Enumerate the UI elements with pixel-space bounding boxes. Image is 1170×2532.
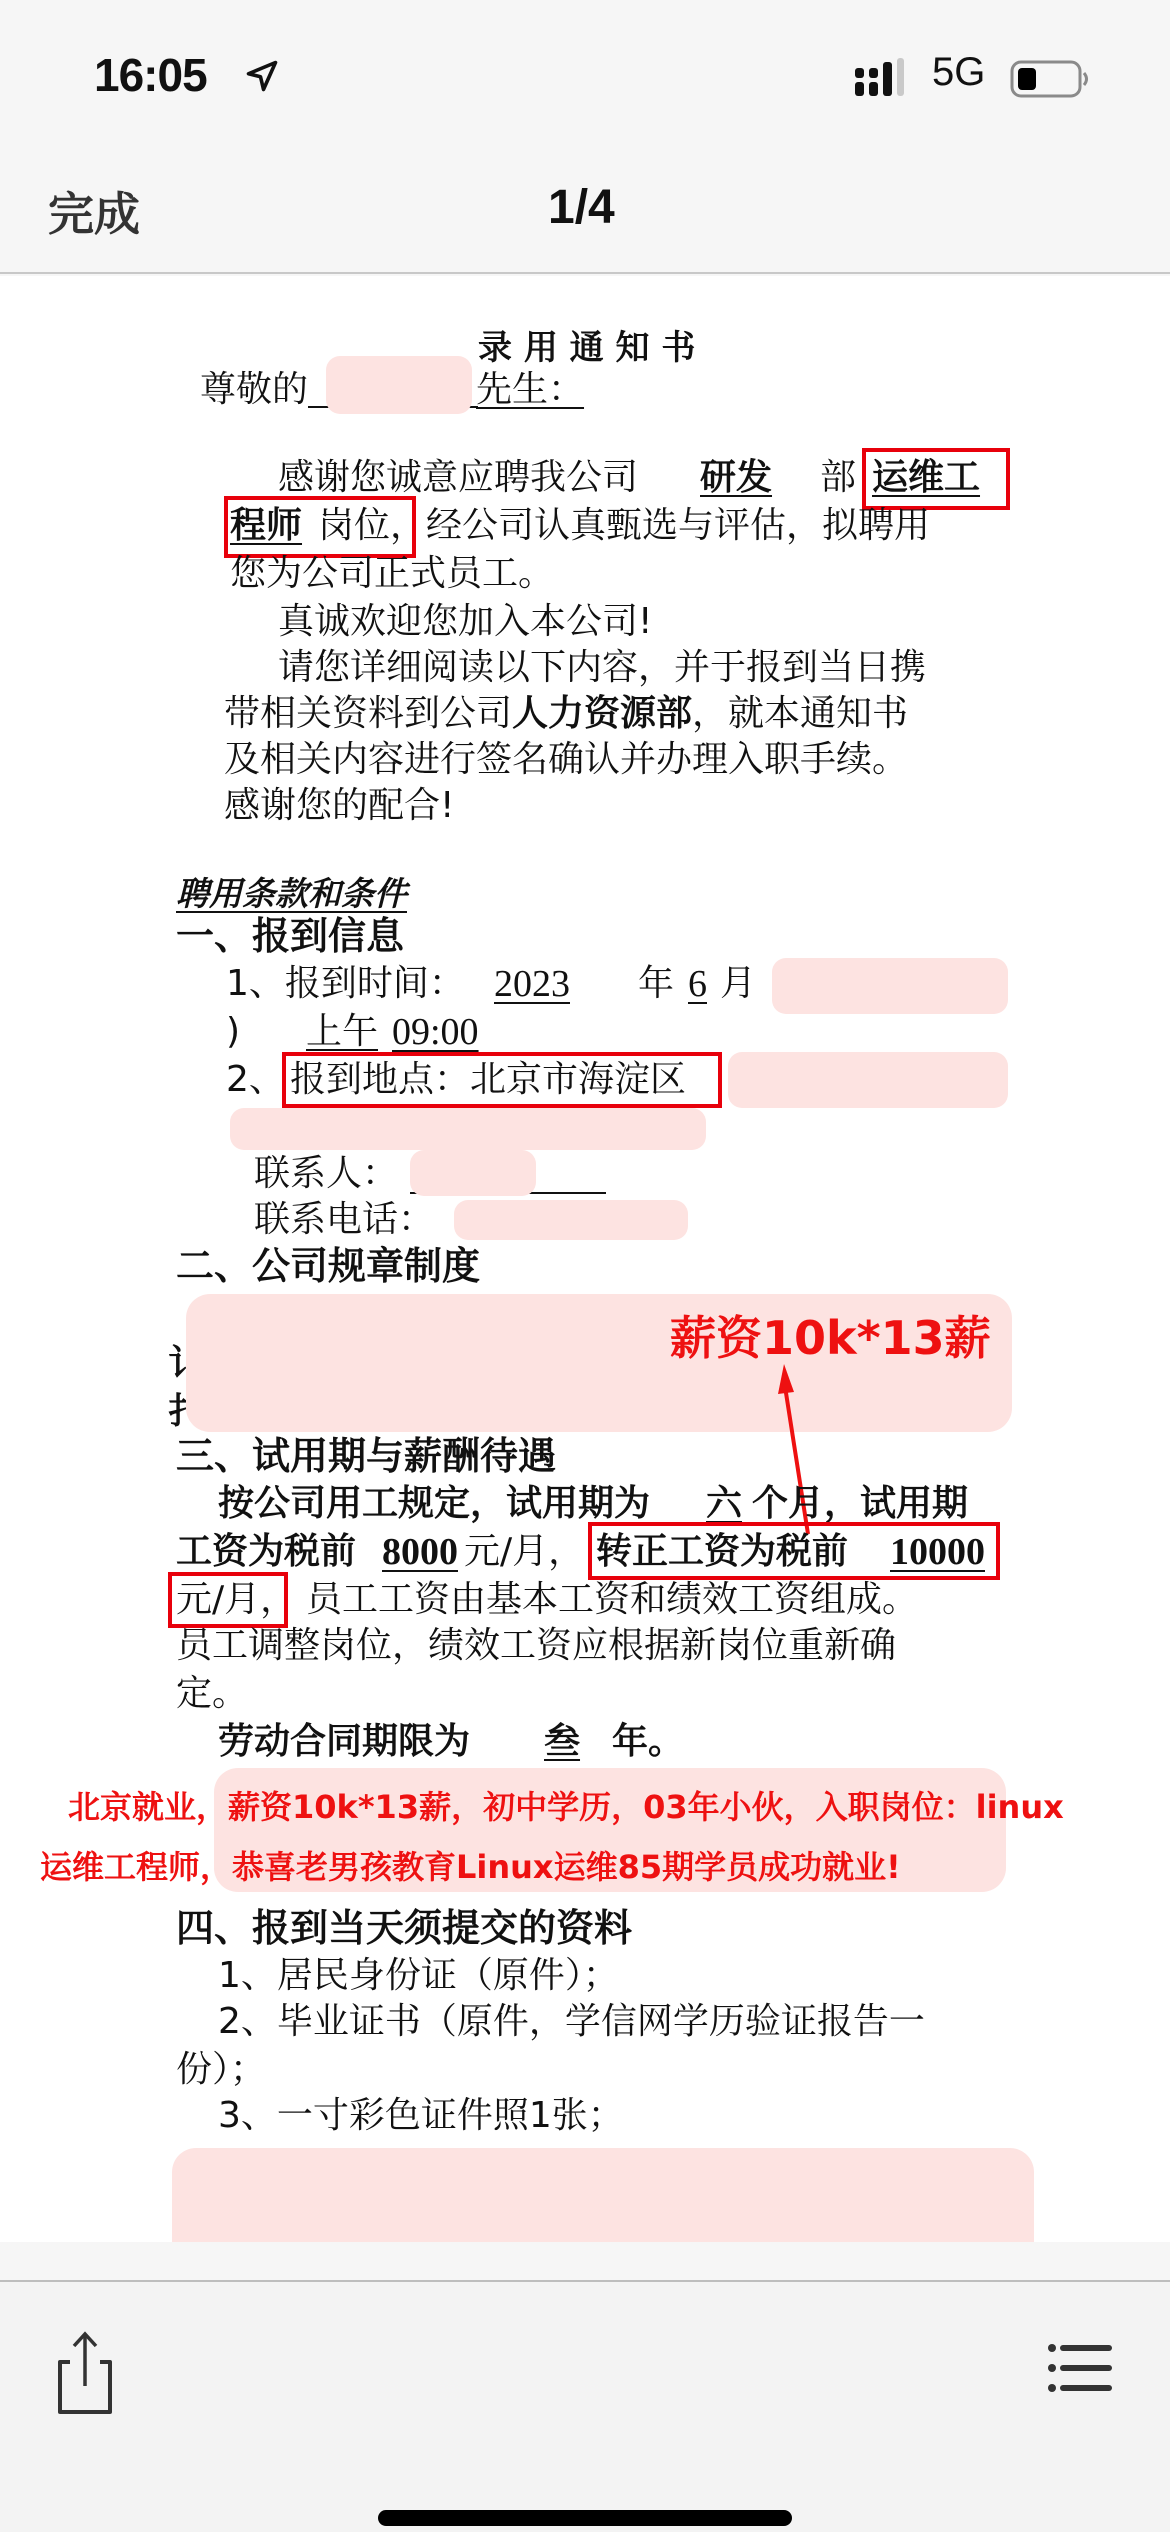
year-unit: 年 [638, 962, 674, 1006]
greeting-prefix: 尊敬的 [200, 368, 308, 412]
page-indicator: 1/4 [548, 180, 615, 235]
report-month: 6 [688, 962, 707, 1006]
s3-line1-prefix: 按公司用工规定，试用期为 [218, 1482, 650, 1526]
bottom-toolbar [0, 2280, 1170, 2532]
redacted-phone [454, 1200, 688, 1240]
report-time-value: 09:00 [392, 1010, 479, 1054]
highlight-box-position-2 [224, 496, 416, 558]
redacted-bottom-section [172, 2148, 1034, 2242]
clock: 16:05 [94, 48, 207, 102]
highlight-box-position-1 [862, 448, 1010, 510]
s3-line1-suffix: 个月，试用期 [752, 1482, 968, 1526]
report-time-paren: ) [226, 1010, 240, 1054]
contact-label: 联系人： [254, 1152, 398, 1196]
redacted-address-2 [230, 1108, 706, 1150]
location-arrow-icon [244, 58, 280, 94]
month-unit: 月 [720, 962, 756, 1006]
department-value: 研发 [700, 456, 772, 500]
section1-heading: 一、报到信息 [176, 914, 404, 958]
probation-months: 六 [706, 1482, 742, 1526]
hr-department: 人力资源部 [512, 692, 692, 736]
redacted-report-day [772, 958, 1008, 1014]
report-place-num: 2、 [226, 1058, 285, 1102]
para1-line1-prefix: 感谢您诚意应聘我公司 [278, 456, 638, 500]
s3-line2-prefix: 工资为税前 [176, 1530, 356, 1574]
required-doc-1: 1、居民身份证（原件）； [218, 1954, 619, 1998]
report-year: 2023 [494, 962, 570, 1006]
report-time-label: 1、报到时间： [226, 962, 465, 1006]
s3-line4: 员工调整岗位，绩效工资应根据新岗位重新确 [176, 1624, 896, 1668]
s3-line5: 定。 [176, 1672, 248, 1716]
section2-heading: 二、公司规章制度 [176, 1244, 480, 1288]
home-indicator[interactable] [378, 2510, 792, 2526]
para3-line3: 及相关内容进行签名确认并办理入职手续。 [224, 738, 908, 782]
battery-low-icon [1010, 58, 1090, 100]
department-suffix: 部 [820, 456, 856, 500]
s3-line3-rest: 员工工资由基本工资和绩效工资组成。 [306, 1578, 918, 1622]
share-icon[interactable] [50, 2328, 120, 2418]
contract-prefix: 劳动合同期限为 [218, 1720, 470, 1764]
para1-line3: 您为公司正式员工。 [230, 552, 554, 596]
banner-line2: 运维工程师，恭喜老男孩教育Linux运维85期学员成功就业! [40, 1842, 901, 1888]
highlight-box-location [282, 1052, 722, 1108]
viewer-nav-bar: 完成 1/4 [0, 150, 1170, 274]
highlight-box-regular-salary [588, 1522, 1000, 1580]
network-type: 5G [932, 50, 985, 95]
done-button[interactable]: 完成 [48, 178, 140, 244]
required-doc-2-cont: 份）； [176, 2048, 266, 2092]
contract-suffix: 年。 [612, 1720, 684, 1764]
contract-years: 叁 [530, 1720, 594, 1764]
salary-callout: 薪资10k*13薪 [670, 1302, 991, 1368]
para2: 真诚欢迎您加入本公司! [278, 600, 652, 644]
redacted-contact-name [410, 1150, 536, 1196]
para3-line2-prefix: 带相关资料到公司 [224, 692, 512, 736]
s3-line2-mid: 元/月， [464, 1530, 584, 1574]
required-doc-3: 3、一寸彩色证件照1张； [218, 2094, 624, 2138]
phone-label: 联系电话： [254, 1198, 434, 1242]
redacted-address-1 [728, 1052, 1008, 1108]
probation-salary: 8000 [382, 1530, 458, 1574]
banner-line1: 北京就业，薪资10k*13薪，初中学历，03年小伙，入职岗位：linux [68, 1782, 1064, 1828]
cellular-signal-icon [855, 58, 911, 98]
document-title: 录 用 通 知 书 [478, 326, 695, 370]
para3-line1: 请您详细阅读以下内容，并于报到当日携 [278, 646, 926, 690]
greeting-suffix: 先生： [476, 368, 584, 412]
section4-heading: 四、报到当天须提交的资料 [176, 1906, 632, 1950]
required-doc-2: 2、毕业证书（原件，学信网学历验证报告一 [218, 2000, 925, 2044]
time-prefix: 上午 [306, 1010, 378, 1054]
section3-heading: 三、试用期与薪酬待遇 [176, 1434, 556, 1478]
status-bar: 16:05 5G [0, 0, 1170, 150]
redacted-recipient-name [326, 356, 472, 414]
para3-line4: 感谢您的配合! [224, 784, 454, 828]
highlight-box-salary-unit [168, 1572, 288, 1628]
list-icon[interactable] [1046, 2338, 1116, 2404]
terms-heading: 聘用条款和条件 [176, 872, 407, 916]
document-page[interactable]: 录 用 通 知 书 尊敬的 先生： 感谢您诚意应聘我公司 研发 部 运维工 程师… [0, 276, 1170, 2242]
para3-line2-suffix: ，就本通知书 [692, 692, 908, 736]
